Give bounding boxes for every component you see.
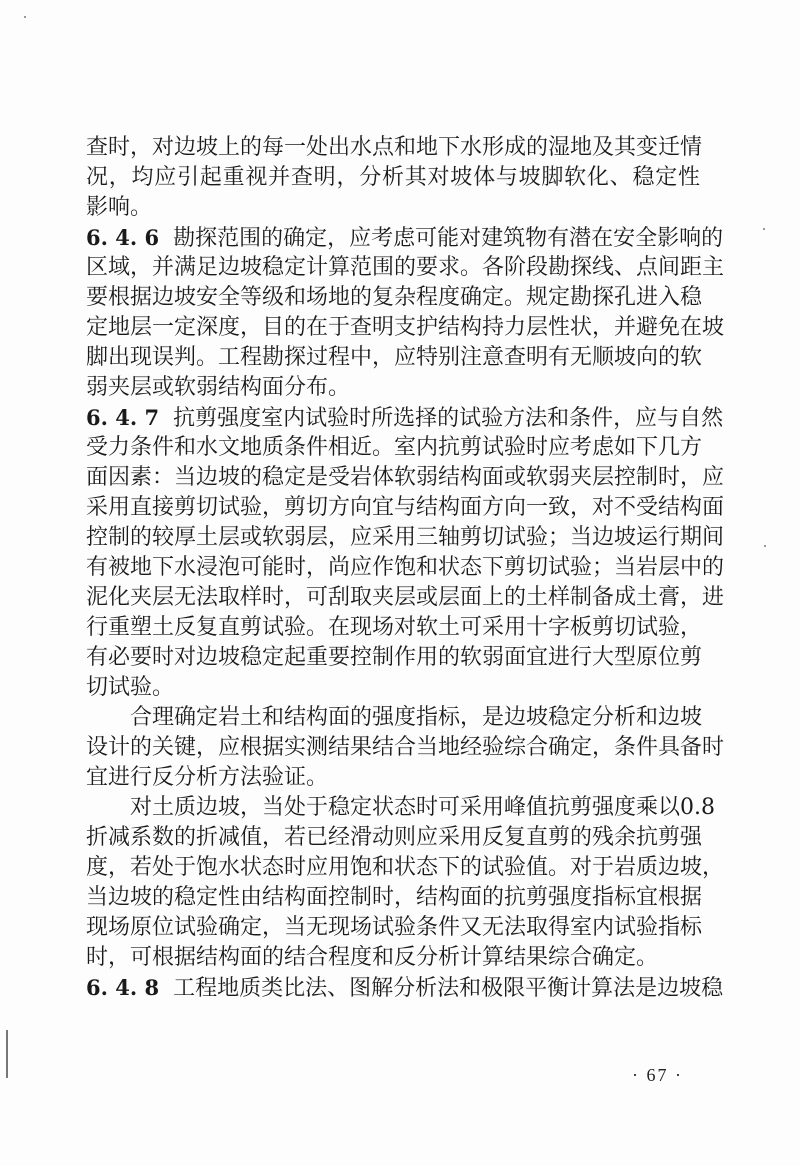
line-text: 行重塑土反复直剪试验。在现场对软土可采用十字板剪切试验， bbox=[86, 615, 702, 640]
section-number: 6. 4. 7 bbox=[86, 405, 159, 430]
line-text: 影响。 bbox=[86, 195, 152, 220]
text-line: 设计的关键，应根据实测结果结合当地经验综合确定，条件具备时 bbox=[86, 733, 700, 763]
page-number: · 67 · bbox=[632, 1065, 683, 1086]
text-line: 控制的较厚土层或软弱层，应采用三轴剪切试验；当边坡运行期间 bbox=[86, 523, 700, 553]
line-text: 度，若处于饱水状态时应用饱和状态下的试验值。对于岩质边坡， bbox=[86, 855, 724, 880]
line-text: 现场原位试验确定，当无现场试验条件又无法取得室内试验指标 bbox=[86, 915, 702, 940]
text-line: 对土质边坡，当处于稳定状态时可采用峰值抗剪强度乘以0.8 bbox=[86, 793, 700, 823]
text-line: 时，可根据结构面的结合程度和反分析计算结果综合确定。 bbox=[86, 943, 700, 973]
line-text: 宜进行反分析方法验证。 bbox=[86, 765, 328, 790]
section-heading-line: 6. 4. 7抗剪强度室内试验时所选择的试验方法和条件，应与自然 bbox=[86, 403, 700, 433]
section-number: 6. 4. 6 bbox=[86, 225, 159, 250]
text-line: 行重塑土反复直剪试验。在现场对软土可采用十字板剪切试验， bbox=[86, 613, 700, 643]
line-text: 抗剪强度室内试验时所选择的试验方法和条件，应与自然 bbox=[173, 406, 723, 431]
text-line: 折减系数的折减值，若已经滑动则应采用反复直剪的残余抗剪强 bbox=[86, 823, 700, 853]
text-line: 合理确定岩土和结构面的强度指标，是边坡稳定分析和边坡 bbox=[86, 703, 700, 733]
line-text: 控制的较厚土层或软弱层，应采用三轴剪切试验；当边坡运行期间 bbox=[86, 525, 724, 550]
line-text: 面因素：当边坡的稳定是受岩体软弱结构面或软弱夹层控制时，应 bbox=[86, 465, 724, 490]
text-line: 要根据边坡安全等级和场地的复杂程度确定。规定勘探孔进入稳 bbox=[86, 283, 700, 313]
margin-scan-mark bbox=[6, 1030, 8, 1078]
line-text: 合理确定岩土和结构面的强度指标，是边坡稳定分析和边坡 bbox=[130, 705, 702, 730]
line-text: 查时，对边坡上的每一处出水点和地下水形成的湿地及其变迁情 bbox=[86, 135, 702, 160]
line-text: 对土质边坡，当处于稳定状态时可采用峰值抗剪强度乘以0.8 bbox=[130, 795, 715, 820]
line-text: 定地层一定深度，目的在于查明支护结构持力层性状，并避免在坡 bbox=[86, 315, 724, 340]
text-line: 宜进行反分析方法验证。 bbox=[86, 763, 700, 793]
text-line: 区域，并满足边坡稳定计算范围的要求。各阶段勘探线、点间距主 bbox=[86, 253, 700, 283]
text-line: 弱夹层或软弱结构面分布。 bbox=[86, 373, 700, 403]
text-line: 度，若处于饱水状态时应用饱和状态下的试验值。对于岩质边坡， bbox=[86, 853, 700, 883]
line-text: 折减系数的折减值，若已经滑动则应采用反复直剪的残余抗剪强 bbox=[86, 825, 702, 850]
line-text: 弱夹层或软弱结构面分布。 bbox=[86, 375, 350, 400]
scan-speck bbox=[764, 545, 766, 547]
text-line: 查时，对边坡上的每一处出水点和地下水形成的湿地及其变迁情 bbox=[86, 133, 700, 163]
line-text: 当边坡的稳定性由结构面控制时，结构面的抗剪强度指标宜根据 bbox=[86, 885, 702, 910]
text-line: 脚出现误判。工程勘探过程中，应特别注意查明有无顺坡向的软 bbox=[86, 343, 700, 373]
line-text: 采用直接剪切试验，剪切方向宜与结构面方向一致，对不受结构面 bbox=[86, 495, 724, 520]
line-text: 受力条件和水文地质条件相近。室内抗剪试验时应考虑如下几方 bbox=[86, 435, 702, 460]
scan-speck bbox=[763, 228, 765, 230]
text-line: 有必要时对边坡稳定起重要控制作用的软弱面宜进行大型原位剪 bbox=[86, 643, 700, 673]
text-line: 采用直接剪切试验，剪切方向宜与结构面方向一致，对不受结构面 bbox=[86, 493, 700, 523]
text-line: 况，均应引起重视并查明，分析其对坡体与坡脚软化、稳定性 bbox=[86, 163, 700, 193]
line-text: 勘探范围的确定，应考虑可能对建筑物有潜在安全影响的 bbox=[173, 226, 723, 251]
line-text: 有必要时对边坡稳定起重要控制作用的软弱面宜进行大型原位剪 bbox=[86, 645, 702, 670]
text-line: 受力条件和水文地质条件相近。室内抗剪试验时应考虑如下几方 bbox=[86, 433, 700, 463]
line-text: 况，均应引起重视并查明，分析其对坡体与坡脚软化、稳定性 bbox=[86, 165, 700, 190]
document-page: 查时，对边坡上的每一处出水点和地下水形成的湿地及其变迁情况，均应引起重视并查明，… bbox=[0, 0, 800, 1165]
body-text: 查时，对边坡上的每一处出水点和地下水形成的湿地及其变迁情况，均应引起重视并查明，… bbox=[86, 133, 700, 1003]
line-text: 区域，并满足边坡稳定计算范围的要求。各阶段勘探线、点间距主 bbox=[86, 255, 724, 280]
line-text: 脚出现误判。工程勘探过程中，应特别注意查明有无顺坡向的软 bbox=[86, 345, 702, 370]
text-line: 有被地下水浸泡可能时，尚应作饱和状态下剪切试验；当岩层中的 bbox=[86, 553, 700, 583]
line-text: 时，可根据结构面的结合程度和反分析计算结果综合确定。 bbox=[86, 945, 658, 970]
text-line: 现场原位试验确定，当无现场试验条件又无法取得室内试验指标 bbox=[86, 913, 700, 943]
scan-speck bbox=[24, 16, 26, 18]
section-heading-line: 6. 4. 6勘探范围的确定，应考虑可能对建筑物有潜在安全影响的 bbox=[86, 223, 700, 253]
text-line: 面因素：当边坡的稳定是受岩体软弱结构面或软弱夹层控制时，应 bbox=[86, 463, 700, 493]
text-line: 切试验。 bbox=[86, 673, 700, 703]
line-text: 泥化夹层无法取样时，可刮取夹层或层面上的土样制备成土膏，进 bbox=[86, 585, 724, 610]
line-text: 设计的关键，应根据实测结果结合当地经验综合确定，条件具备时 bbox=[86, 735, 724, 760]
section-heading-line: 6. 4. 8工程地质类比法、图解分析法和极限平衡计算法是边坡稳 bbox=[86, 973, 700, 1003]
line-text: 要根据边坡安全等级和场地的复杂程度确定。规定勘探孔进入稳 bbox=[86, 285, 702, 310]
text-line: 影响。 bbox=[86, 193, 700, 223]
line-text: 有被地下水浸泡可能时，尚应作饱和状态下剪切试验；当岩层中的 bbox=[86, 555, 724, 580]
text-line: 定地层一定深度，目的在于查明支护结构持力层性状，并避免在坡 bbox=[86, 313, 700, 343]
line-text: 切试验。 bbox=[86, 675, 174, 700]
text-line: 泥化夹层无法取样时，可刮取夹层或层面上的土样制备成土膏，进 bbox=[86, 583, 700, 613]
text-line: 当边坡的稳定性由结构面控制时，结构面的抗剪强度指标宜根据 bbox=[86, 883, 700, 913]
line-text: 工程地质类比法、图解分析法和极限平衡计算法是边坡稳 bbox=[173, 976, 723, 1001]
section-number: 6. 4. 8 bbox=[86, 975, 159, 1000]
